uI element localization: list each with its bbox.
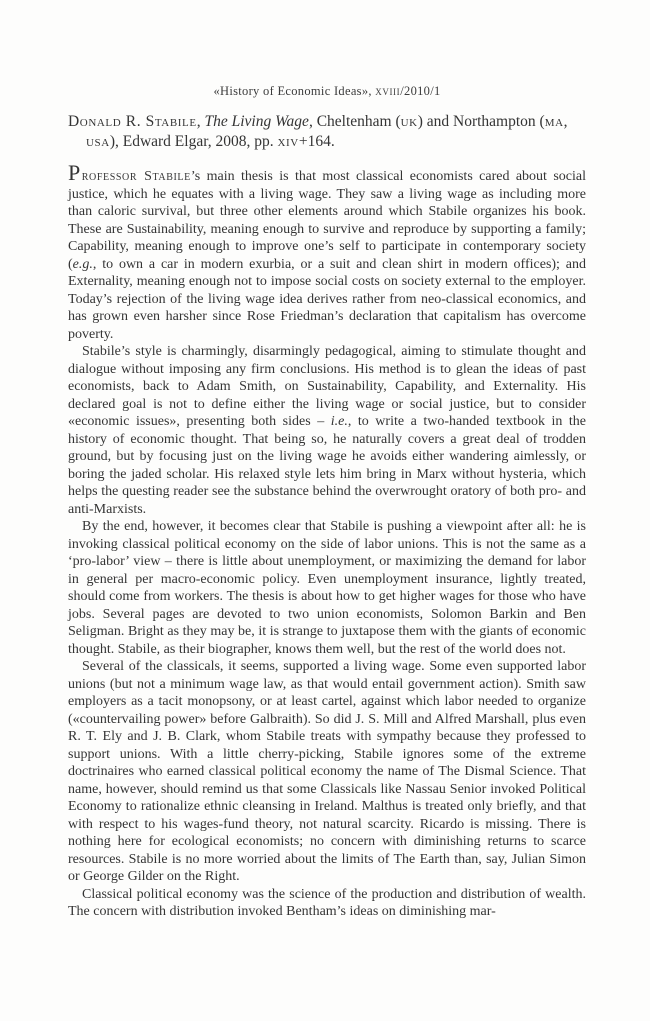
paragraph-classicals: Several of the classicals, it seems, sup…	[68, 658, 586, 886]
paragraph-style: Stabile’s style is charmingly, disarming…	[68, 343, 586, 518]
paragraph-viewpoint: By the end, however, it becomes clear th…	[68, 518, 586, 658]
journal-running-head: «History of Economic Ideas», xviii/2010/…	[68, 84, 586, 99]
book-citation: Donald R. Stabile, The Living Wage, Chel…	[68, 112, 586, 152]
paragraph-thesis: Professor Stabile’s main thesis is that …	[68, 168, 586, 343]
journal-page: «History of Economic Ideas», xviii/2010/…	[0, 0, 650, 1021]
paragraph-distribution: Classical political economy was the scie…	[68, 886, 586, 921]
review-body: Professor Stabile’s main thesis is that …	[68, 168, 586, 921]
